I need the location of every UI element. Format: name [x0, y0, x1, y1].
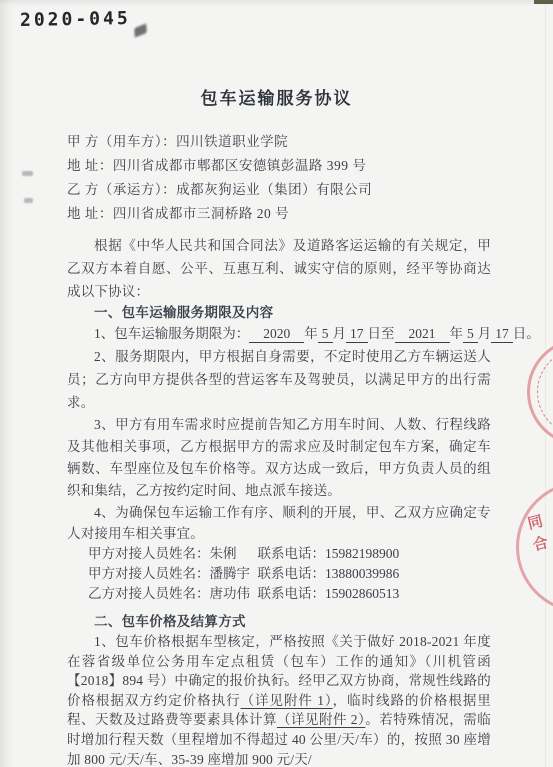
- clause-4: 4、为确保包车运输工作有序、顺利的开展，甲、乙双方应确定专人对接用车相关事宜。: [67, 502, 491, 544]
- contact-phone-label: 联系电话：: [258, 566, 326, 581]
- term-day-to-label: 日至: [368, 326, 395, 341]
- scan-smudge: [24, 198, 33, 203]
- contact-name: 潘腾宇: [210, 564, 258, 584]
- clause-3: 3、甲方有用车需求时应提前告知乙方用车时间、人数、行程线路及其他相关事项，乙方根…: [67, 414, 491, 502]
- term-start-month-blank: 5: [318, 326, 333, 343]
- preamble-paragraph: 根据《中华人民共和国合同法》及道路客运运输的有关规定，甲乙双方本着自愿、公平、互…: [67, 234, 491, 303]
- contact-name: 唐功伟: [210, 584, 258, 604]
- document-title: 包车运输服务协议: [0, 84, 553, 109]
- service-term-line: 1、包车运输服务期限为：2020年5月17日至2021年5月17日。: [67, 323, 491, 345]
- party-b-address-line: 地 址：四川省成都市三洞桥路 20 号: [67, 202, 491, 226]
- contact-phone: 13880039986: [325, 566, 399, 581]
- contact-label: 乙方对接人员姓名：: [88, 586, 210, 601]
- ink-smudge: [134, 23, 147, 37]
- contact-label: 甲方对接人员姓名：: [88, 566, 210, 581]
- page-number: - 1 -: [0, 675, 553, 687]
- round-seal-partial-bottom: 同合: [516, 481, 553, 613]
- party-a-address-line: 地 址：四川省成都市郫都区安德镇彭温路 399 号: [67, 154, 491, 178]
- scan-shading-left: [0, 0, 16, 767]
- term-year2-label: 年: [450, 326, 464, 341]
- scan-edge-artifact: [534, 0, 553, 4]
- contact-phone-label: 联系电话：: [258, 586, 326, 601]
- filing-number-stamp: 2020-045: [20, 8, 131, 31]
- term-month1-label: 月: [333, 326, 347, 341]
- contact-label: 甲方对接人员姓名：: [88, 546, 210, 561]
- attachment-1-reference: （详见附件 1）: [241, 693, 333, 708]
- price-clause: 1、包车价格根据车型核定，严格按照《关于做好 2018-2021 年度在蓉省级单…: [67, 632, 491, 767]
- contact-name: 朱俐: [210, 544, 258, 564]
- term-end-month-blank: 5: [463, 326, 478, 343]
- contact-row-party-a-1: 甲方对接人员姓名：朱俐联系电话：15982198900: [88, 544, 491, 564]
- term-start-year-blank: 2020: [249, 326, 304, 343]
- term-start-day-blank: 17: [346, 326, 368, 343]
- party-b-line: 乙 方（承运方）：成都灰狗运业（集团）有限公司: [67, 178, 491, 202]
- contact-row-party-a-2: 甲方对接人员姓名：潘腾宇联系电话：13880039986: [88, 564, 491, 584]
- contact-phone: 15982198900: [325, 546, 399, 561]
- term-prefix: 1、包车运输服务期限为：: [94, 326, 249, 341]
- term-year1-label: 年: [304, 326, 318, 341]
- term-month2-label: 月: [478, 326, 492, 341]
- term-end-day-blank: 17: [491, 326, 513, 343]
- scan-smudge: [22, 171, 33, 176]
- contact-row-party-b: 乙方对接人员姓名：唐功伟联系电话：15902860513: [88, 584, 491, 604]
- round-seal-partial-top: [527, 338, 553, 446]
- term-end-year-blank: 2021: [395, 326, 450, 343]
- contact-list: 甲方对接人员姓名：朱俐联系电话：15982198900 甲方对接人员姓名：潘腾宇…: [67, 544, 491, 604]
- contact-phone: 15902860513: [325, 586, 399, 601]
- document-body: 甲 方（用车方）：四川铁道职业学院 地 址：四川省成都市郫都区安德镇彭温路 39…: [67, 130, 491, 767]
- seal-inner-ring: [537, 348, 553, 436]
- seal-text: 同合: [522, 512, 553, 560]
- clause-2: 2、服务期限内，甲方根据自身需要，不定时使用乙方车辆运送人员；乙方向甲方提供各型…: [67, 345, 491, 414]
- attachment-2-reference: （详见附件 2）: [277, 712, 365, 727]
- section-1-heading: 一、包车运输服务期限及内容: [67, 303, 491, 323]
- contact-phone-label: 联系电话：: [258, 546, 326, 561]
- section-2-heading: 二、包车价格及结算方式: [67, 612, 491, 632]
- scan-shading-top: [0, 0, 553, 6]
- document-page: 2020-045 包车运输服务协议 甲 方（用车方）：四川铁道职业学院 地 址：…: [0, 0, 553, 767]
- party-a-line: 甲 方（用车方）：四川铁道职业学院: [67, 130, 491, 154]
- term-day-end-label: 日。: [513, 326, 540, 341]
